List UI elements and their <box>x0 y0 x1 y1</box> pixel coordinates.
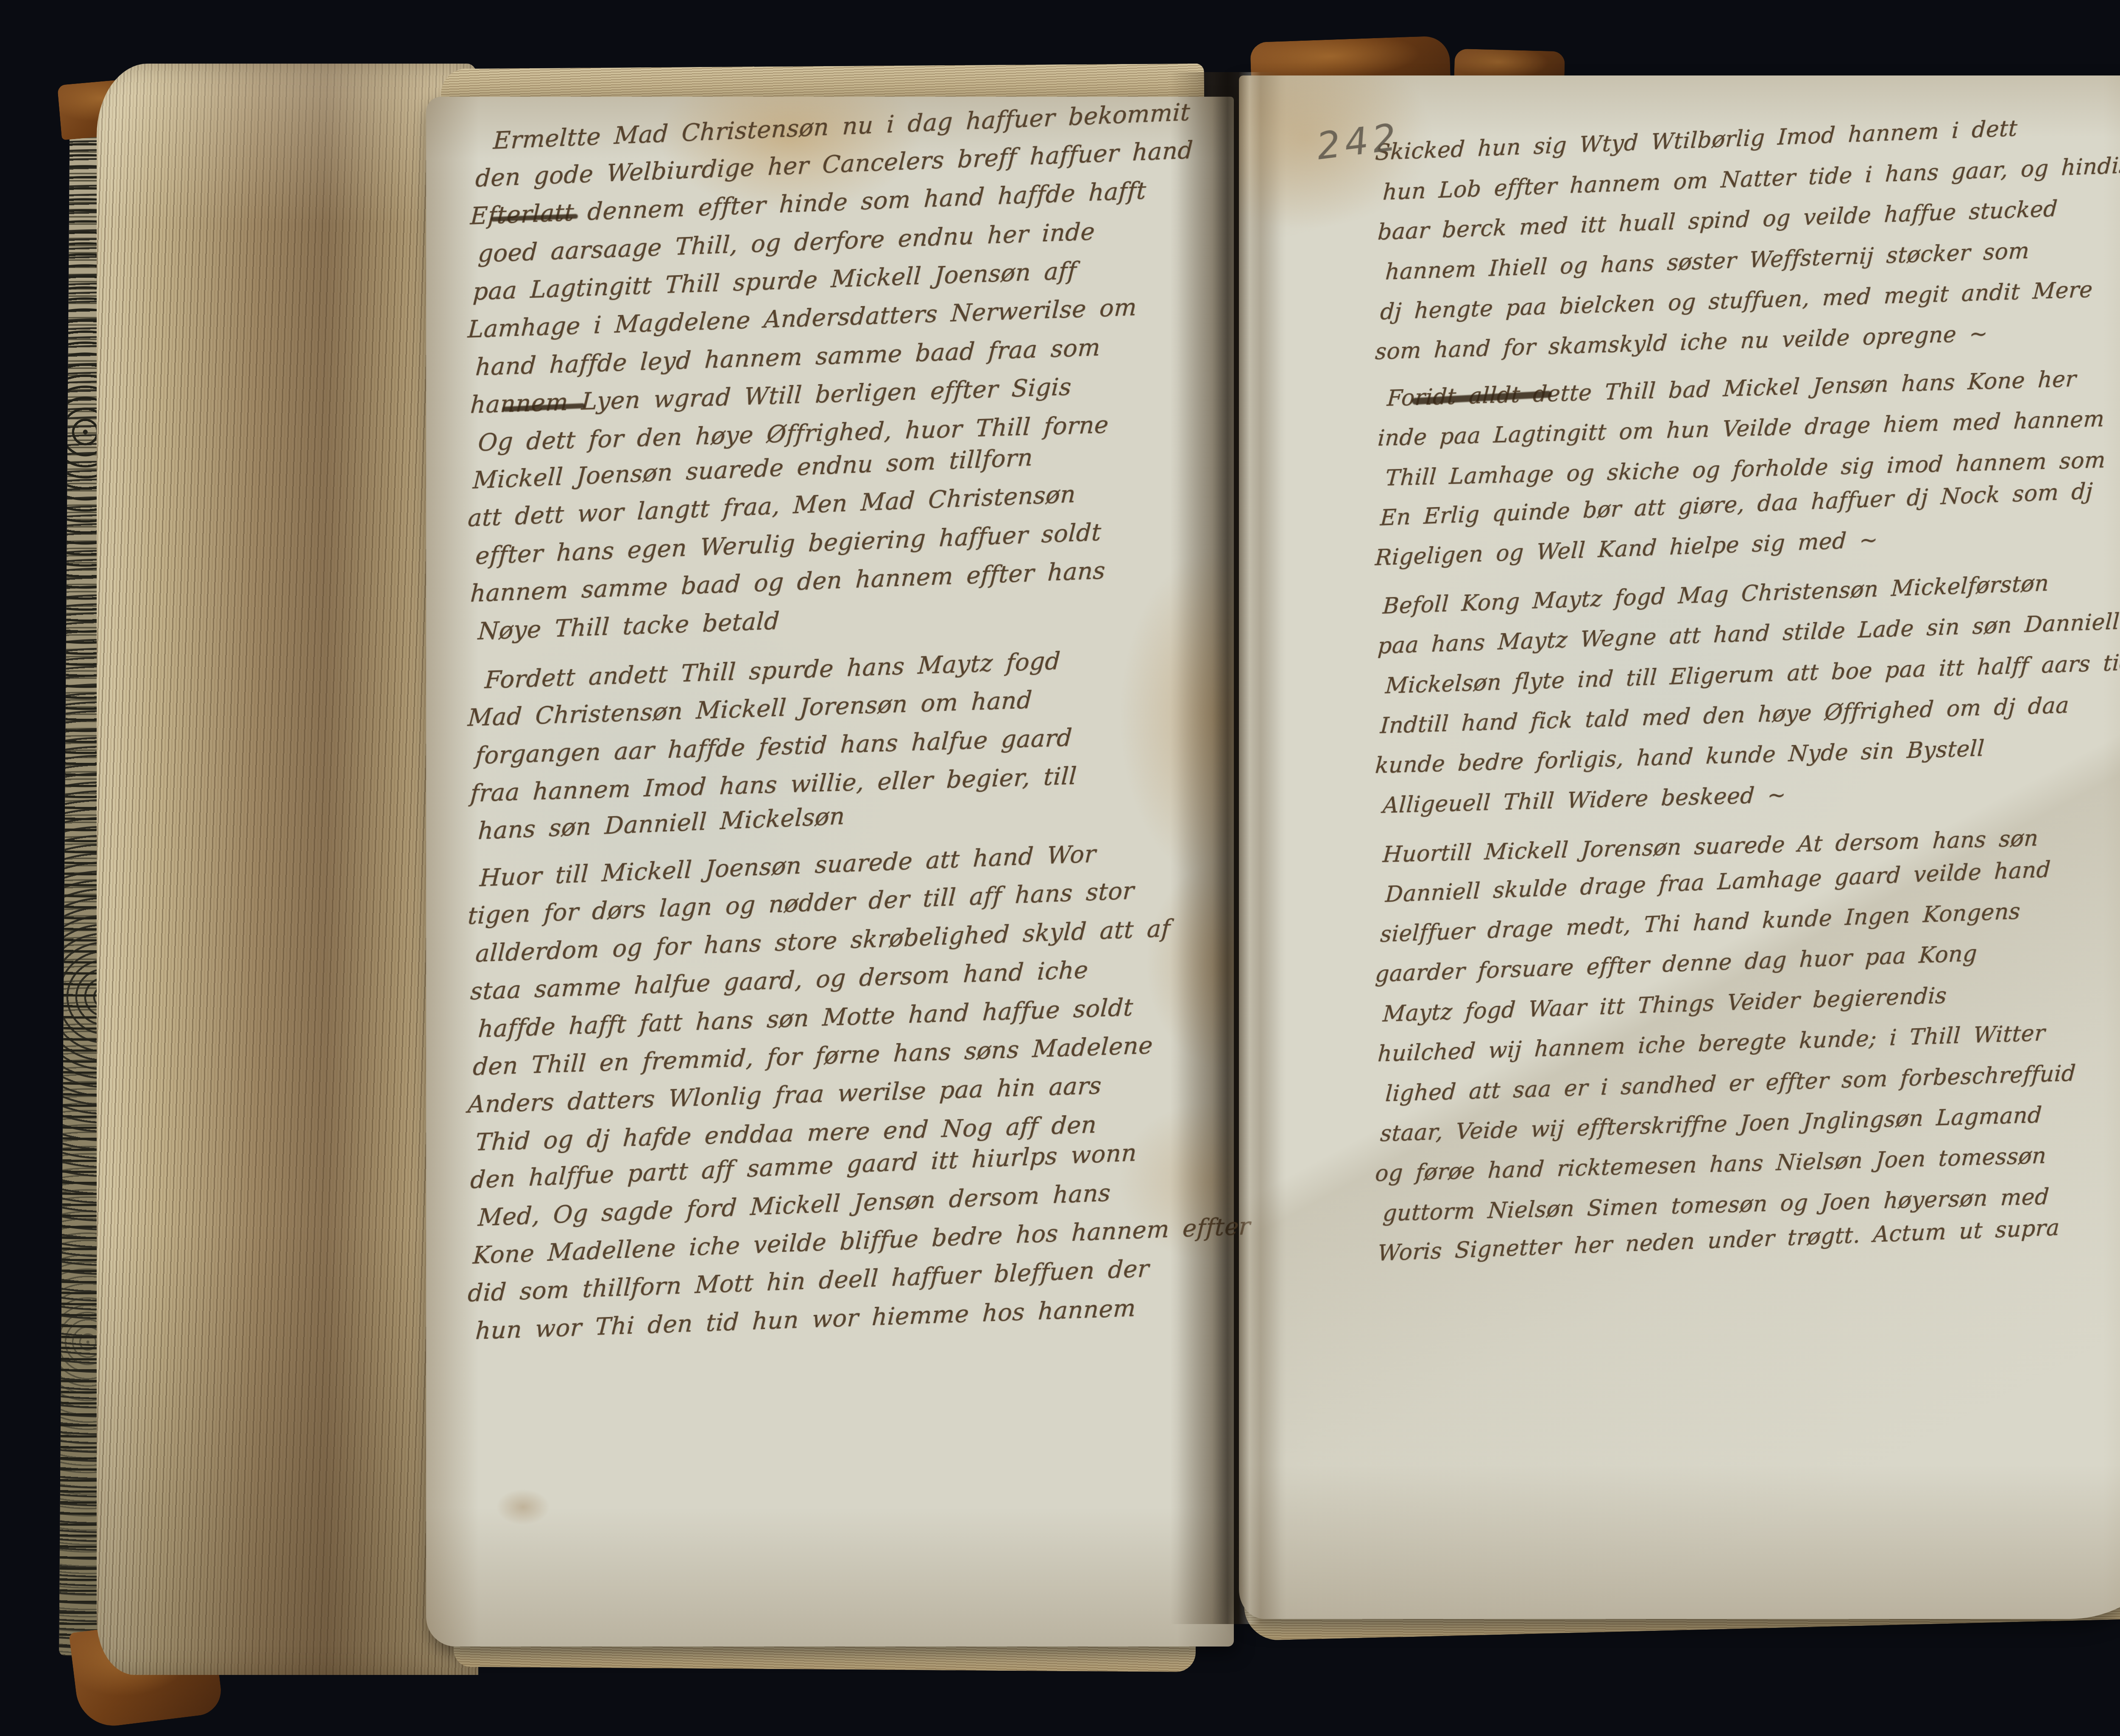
manuscript-line: som hand for skamskyld iche nu veilde op… <box>1375 321 1989 365</box>
right-page-text-block: Skicked hun sig Wtyd Wtilbørlig Imod han… <box>0 0 2120 1736</box>
manuscript-line: Skicked hun sig Wtyd Wtilbørlig Imod han… <box>1375 116 2018 165</box>
manuscript-line: huilched wij hannem iche beregte kunde; … <box>1377 1020 2046 1067</box>
manuscript-line: paa hans Maytz Wegne att hand stilde Lad… <box>1377 609 2120 659</box>
photograph-dark-backdrop: { "document": { "kind": "handwritten man… <box>0 0 2120 1736</box>
manuscript-line: dj hengte paa bielcken og stuffuen, med … <box>1380 277 2094 325</box>
manuscript-line: Mickelsøn flyte ind till Eligerum att bo… <box>1385 650 2120 699</box>
manuscript-line: lighed att saa er i sandhed er effter so… <box>1385 1061 2077 1107</box>
manuscript-line: Befoll Kong Maytz fogd Mag Christensøn M… <box>1382 571 2050 619</box>
manuscript-line: inde paa Lagtingitt om hun Veilde drage … <box>1377 406 2106 451</box>
manuscript-line: Foridt alldt dette Thill bad Mickel Jens… <box>1386 366 2077 411</box>
manuscript-line: Indtill hand fick tald med den høye Øffr… <box>1380 692 2070 739</box>
manuscript-line: baar berck med itt huall spind og veilde… <box>1377 196 2059 245</box>
manuscript-line: gaarder forsuare effter denne dag huor p… <box>1375 941 1978 987</box>
manuscript-line: Rigeligen og Well Kand hielpe sig med ~ <box>1375 527 1879 571</box>
manuscript-line: Maytz fogd Waar itt Things Veider begier… <box>1382 983 1947 1027</box>
manuscript-line: og førøe hand ricktemesen hans Nielsøn J… <box>1375 1143 2047 1186</box>
manuscript-line: Alligeuell Thill Widere beskeed ~ <box>1382 782 1787 819</box>
manuscript-line: kunde bedre forligis, hand kunde Nyde si… <box>1375 736 1985 779</box>
manuscript-line: sielffuer drage medt, Thi hand kunde Ing… <box>1380 899 2021 947</box>
manuscript-line: staar, Veide wij effterskriffne Joen Jng… <box>1380 1102 2043 1147</box>
manuscript-line: hannem Ihiell og hans søster Weffsternij… <box>1385 238 2030 285</box>
